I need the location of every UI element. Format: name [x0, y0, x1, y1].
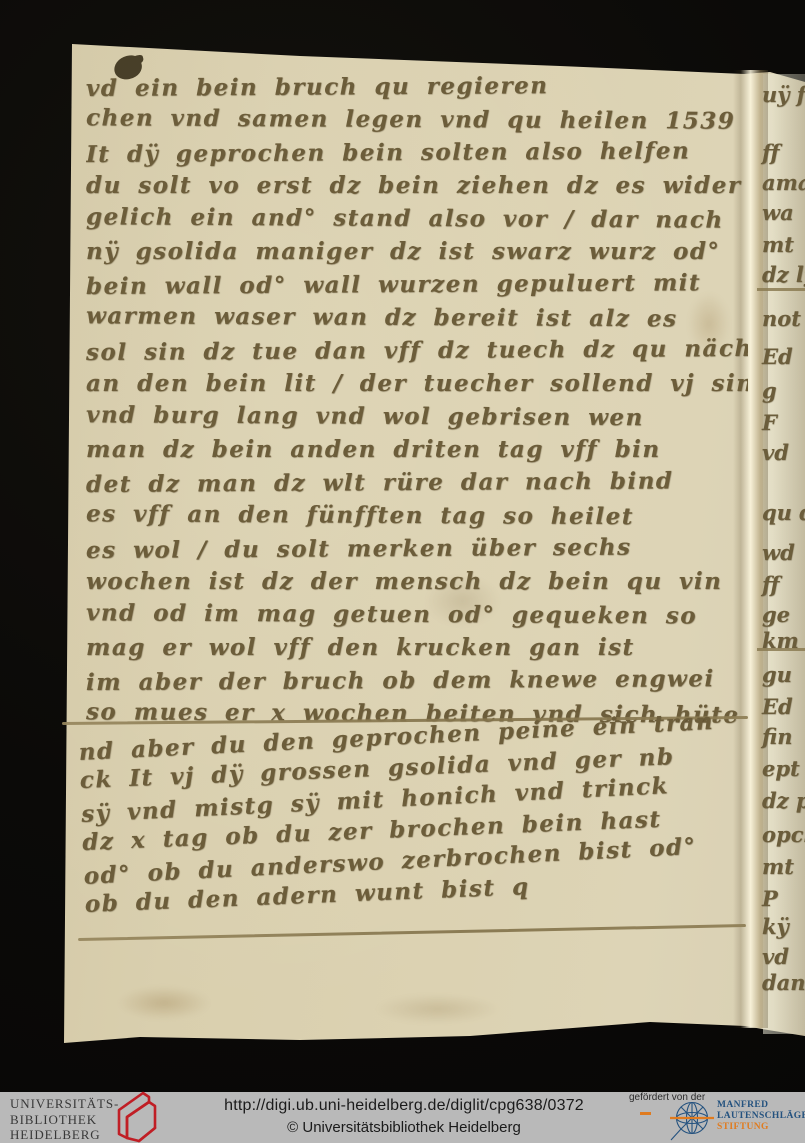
facing-page-text-fragment: ge [762, 602, 790, 627]
facing-page-text-fragment: g [762, 378, 777, 403]
facing-page-text-fragment: wa [762, 200, 794, 225]
attribution-center: http://digi.ub.uni-heidelberg.de/diglit/… [198, 1097, 610, 1136]
facing-page-text-fragment: kÿ [762, 914, 789, 939]
facing-page-text-fragment: Ed [762, 694, 793, 719]
manuscript-line: im aber der bruch ob dem knewe engwei [86, 662, 748, 699]
facing-page-text-column: uÿ f ff ama wa mt dz lÿ not Ed g F vd qu… [760, 0, 805, 1045]
facing-page-text-fragment: dz lÿ [762, 262, 805, 287]
facing-page-text-fragment: P [762, 886, 778, 911]
lautenschlaeger-globe-icon [669, 1096, 715, 1142]
manuscript-line: gelich ein and° stand also vor / dar nac… [86, 200, 748, 236]
manuscript-line: It dÿ geprochen bein solten also helfen [86, 134, 748, 171]
foundation-wordmark: MANFRED LAUTENSCHLÄGER STIFTUNG [717, 1100, 805, 1133]
manuscript-line: chen vnd samen legen vnd qu heilen 1539 [86, 101, 748, 137]
facing-page-text-fragment: gu [762, 662, 792, 687]
scan-frame: vd ein bein bruch qu regieren chen vnd s… [0, 0, 805, 1143]
facing-page-text-fragment: ept [762, 756, 800, 781]
manuscript-line: mag er wol vff den krucken gan ist [86, 631, 748, 664]
manuscript-line: wochen ist dz der mensch dz bein qu vin [86, 565, 748, 598]
library-wordmark: UNIVERSITÄTS- BIBLIOTHEK HEIDELBERG [10, 1096, 119, 1143]
facing-page-text-fragment: qu d [762, 500, 805, 525]
manuscript-line: vnd od im mag getuen od° gequeken so [86, 596, 748, 632]
footer-bar: UNIVERSITÄTS- BIBLIOTHEK HEIDELBERG http… [0, 1092, 805, 1143]
facing-page-text-fragment: dan [762, 970, 805, 995]
manuscript-text-block-lower: nd aber du den geprochen peine ein tran … [78, 707, 751, 934]
manuscript-line: vnd burg lang vnd wol gebrisen wen [86, 398, 748, 434]
library-wordmark-line: UNIVERSITÄTS- [10, 1096, 119, 1112]
facing-page-text-fragment: mt [762, 854, 794, 879]
foundation-wordmark-line: LAUTENSCHLÄGER [717, 1111, 805, 1122]
foundation-wordmark-line: MANFRED [717, 1100, 805, 1111]
facing-page-text-fragment: not [762, 306, 801, 331]
facing-page-text-fragment: mt [762, 232, 794, 257]
facing-page-text-fragment: wd [762, 540, 795, 565]
facing-page-text-fragment: vd [762, 440, 789, 465]
manuscript-line: det dz man dz wlt rüre dar nach bind [86, 464, 748, 501]
foundation-wordmark-line: STIFTUNG [717, 1122, 805, 1133]
manuscript-line: sol sin dz tue dan vff dz tuech dz qu nä… [86, 332, 748, 369]
facing-page-text-fragment: F [762, 410, 777, 435]
parchment-stain [118, 986, 210, 1020]
library-wordmark-line: BIBLIOTHEK [10, 1112, 119, 1128]
manuscript-text-block-upper: vd ein bein bruch qu regieren chen vnd s… [86, 70, 748, 730]
facing-page-text-fragment: opch [762, 822, 805, 847]
funding-dash [640, 1112, 651, 1115]
manuscript-line: vd ein bein bruch qu regieren [86, 70, 748, 105]
facing-page-rule [757, 288, 805, 291]
facing-page-text-fragment: fin [762, 724, 793, 749]
facing-page-text-fragment: vd [762, 944, 789, 969]
manuscript-line: es wol / du solt merken über sechs [86, 530, 748, 567]
facing-page-rule [757, 648, 805, 651]
manuscript-line: nÿ gsolida maniger dz ist swarz wurz od° [86, 235, 748, 268]
manuscript-line: es vff an den fünfften tag so heilet [86, 497, 748, 533]
facing-page-text-fragment: uÿ f [762, 82, 805, 107]
manuscript-line: du solt vo erst dz bein ziehen dz es wid… [86, 169, 748, 202]
facing-page-text-fragment: dz p [762, 788, 805, 813]
ub-heidelberg-logo-icon [109, 1088, 161, 1143]
copyright-line: © Universitätsbibliothek Heidelberg [198, 1119, 610, 1136]
manuscript-line: warmen waser wan dz bereit ist alz es [86, 299, 748, 335]
source-url: http://digi.ub.uni-heidelberg.de/diglit/… [198, 1097, 610, 1115]
facing-page-text-fragment: ama [762, 170, 805, 195]
manuscript-line: man dz bein anden driten tag vff bin [86, 433, 748, 466]
manuscript-line: bein wall od° wall wurzen gepuluert mit [86, 266, 748, 303]
library-wordmark-line: HEIDELBERG [10, 1127, 119, 1143]
facing-page-text-fragment: ff [762, 572, 779, 597]
manuscript-line: an den bein lit / der tuecher sollend vj… [86, 367, 748, 400]
facing-page-text-fragment: Ed [762, 344, 793, 369]
facing-page-text-fragment: ff [762, 140, 779, 165]
parchment-stain [375, 994, 500, 1024]
